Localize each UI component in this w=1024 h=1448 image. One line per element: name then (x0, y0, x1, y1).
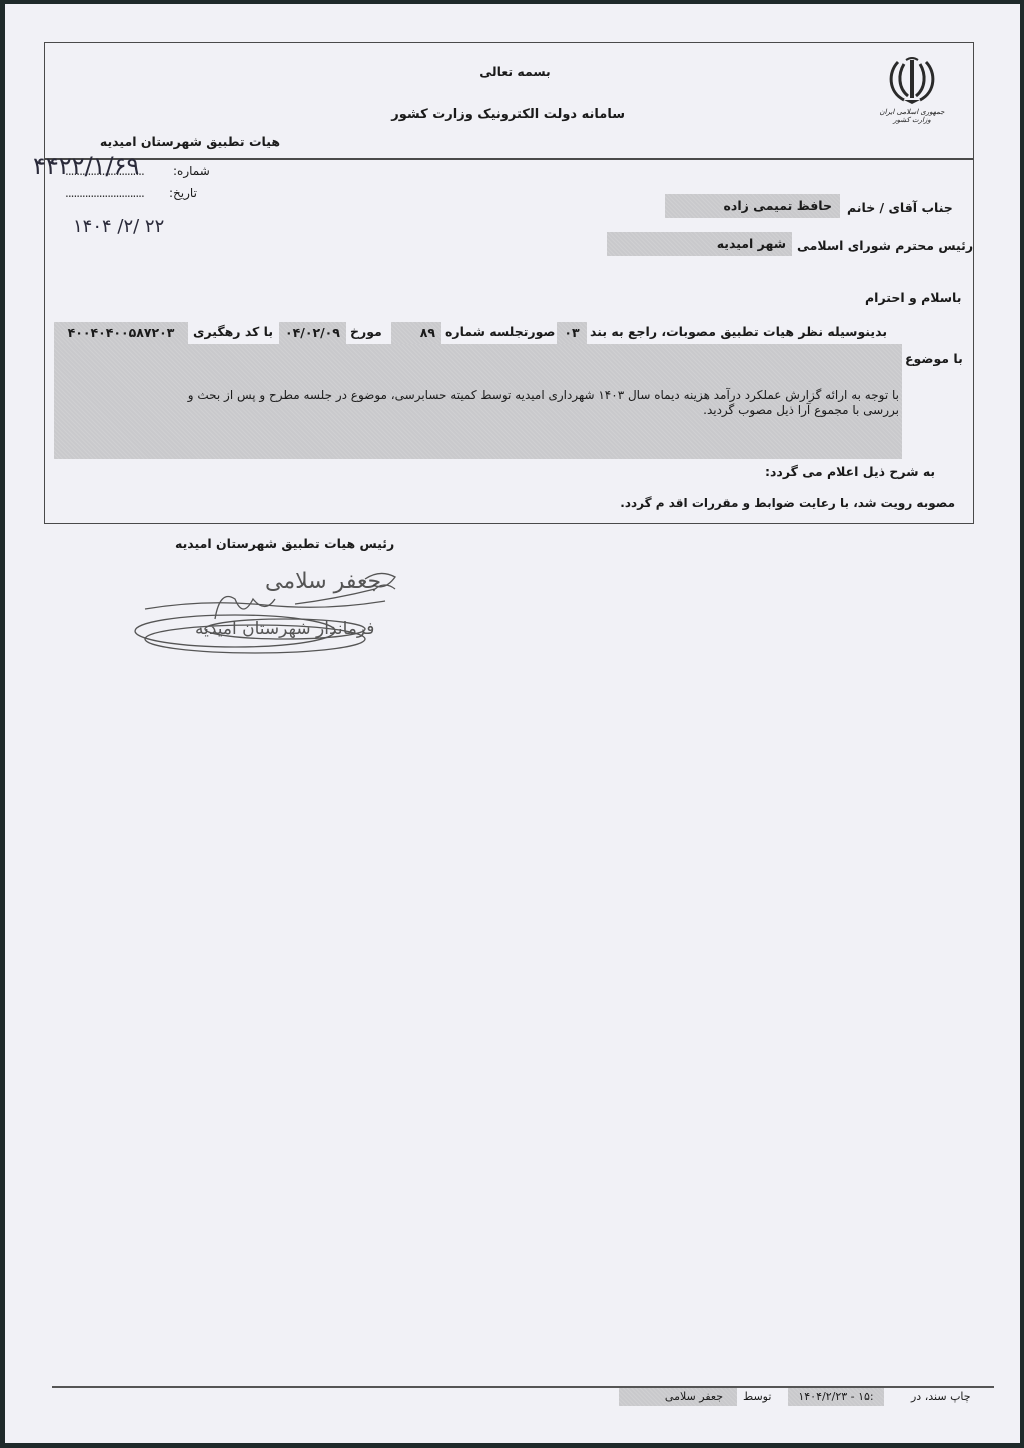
dated-label: مورخ (350, 324, 382, 339)
announce-text: به شرح ذیل اعلام می گردد: (765, 464, 935, 479)
session-number-field: ۸۹ (391, 322, 441, 344)
tracking-code-field: ۴۰۰۴۰۴۰۰۵۸۷۲۰۳ (54, 322, 188, 344)
signature-title: رئیس هیات تطبیق شهرستان امیدیه (175, 536, 394, 551)
issuer-name: هیات تطبیق شهرستان امیدیه (100, 134, 280, 149)
iran-emblem-icon (884, 56, 940, 106)
number-label: شماره: (173, 164, 210, 178)
signer-name-handwritten: جعفر سلامی (265, 569, 381, 594)
printed-datetime-field: ۱۴۰۴/۲/۲۳ - ۱۵: (788, 1388, 884, 1406)
salutation-label: جناب آقای / خانم (847, 200, 953, 215)
date-handwritten: ۱۴۰۴ /۲/ ۲۲ (73, 216, 164, 237)
signature: جعفر سلامی فرماندار شهرستان امیدیه (125, 569, 425, 669)
recipient-name-field: حافظ تمیمی زاده (665, 194, 840, 218)
subject-line-1: با توجه به ارائه گزارش عملکرد درآمد هزین… (79, 388, 899, 402)
document-page: جمهوری اسلامی ایران وزارت کشور بسمه تعال… (5, 4, 1020, 1443)
recipient-city-field: شهر امیدیه (607, 232, 792, 256)
subject-line-2: بررسی با مجموع آرا ذیل مصوب گردید. (79, 403, 899, 417)
decision-text: مصوبه رویت شد، با رعایت ضوابط و مقررات ا… (625, 496, 955, 510)
header-divider (44, 158, 974, 160)
recipient-title-label: رئیس محترم شورای اسلامی (797, 238, 973, 253)
date-dots: ............................ (65, 186, 144, 200)
tracking-label: با کد رهگیری (193, 324, 273, 339)
number-handwritten: ۴۴۲۲/۱/۶۹ (33, 152, 139, 180)
emblem-line-1: جمهوری اسلامی ایران (877, 108, 947, 116)
date-label: تاریخ: (169, 186, 197, 200)
printed-by-field: جعفر سلامی (619, 1388, 737, 1406)
printed-label: چاپ سند، در (911, 1390, 971, 1403)
intro-part-1: بدینوسیله نظر هیات تطبیق مصوبات، راجع به… (590, 324, 887, 339)
session-date-field: ۰۴/۰۲/۰۹ (279, 322, 346, 344)
by-label: توسط (743, 1390, 771, 1403)
subject-label: با موضوع (905, 351, 963, 366)
signer-role: فرماندار شهرستان امیدیه (195, 619, 374, 639)
emblem-line-2: وزارت کشور (877, 116, 947, 124)
greeting: باسلام و احترام (865, 290, 961, 305)
emblem: جمهوری اسلامی ایران وزارت کشور (877, 56, 947, 141)
bismillah: بسمه تعالی (475, 64, 555, 79)
intro-part-2: صورتجلسه شماره (445, 324, 556, 339)
system-title: سامانه دولت الکترونیک وزارت کشور (405, 107, 625, 122)
clause-number-field: ۰۳ (557, 322, 587, 344)
